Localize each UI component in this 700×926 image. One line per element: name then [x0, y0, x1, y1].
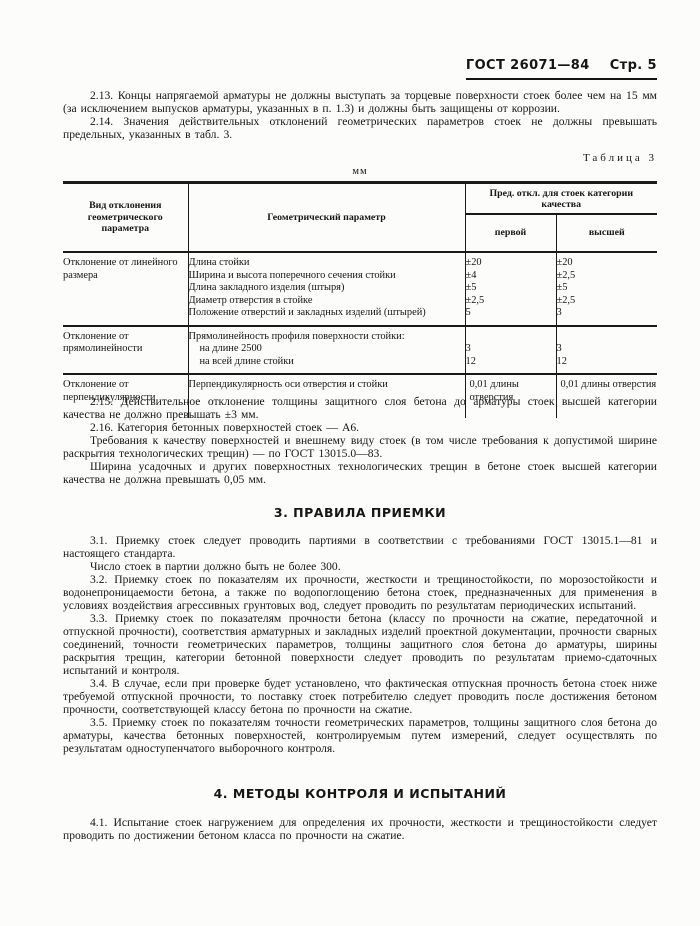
table-header-highest-category: высшей — [556, 214, 657, 252]
paragraph-3-3: 3.3. Приемку стоек по показателям прочно… — [63, 612, 657, 677]
deviation-limits-table: Вид отклонения геометрического параметра… — [63, 181, 657, 418]
value-line: 12 — [557, 356, 658, 369]
value-line — [557, 331, 658, 344]
value-line: ±5 — [557, 282, 658, 295]
value-line: 3 — [557, 307, 658, 320]
param-line: Перпендикулярность оси отверстия и стойк… — [189, 379, 465, 392]
value-line: 0,01 длины отверстия — [561, 379, 658, 392]
paragraph-2-16: 2.16. Категория бетонных поверхностей ст… — [63, 421, 657, 434]
value-line: 3 — [557, 343, 658, 356]
row-parameters: Длина стойки Ширина и высота поперечного… — [188, 252, 465, 326]
value-line: ±2,5 — [557, 270, 658, 283]
paragraph-block-2-13: 2.13. Концы напрягаемой арматуры не долж… — [63, 89, 657, 141]
table-row-linear: Отклонение от линейного размера Длина ст… — [63, 252, 657, 326]
paragraph-block-4: 4.1. Испытание стоек нагружением для опр… — [63, 816, 657, 842]
row-kind-label: Отклонение от прямолинейности — [63, 326, 188, 375]
param-line: Положение отверстий и закладных изделий … — [189, 307, 465, 320]
param-line: на всей длине стойки — [189, 356, 465, 369]
table-header-first-category: первой — [465, 214, 556, 252]
param-line: Длина закладного изделия (штыря) — [189, 282, 465, 295]
param-line: Ширина и высота поперечного сечения стой… — [189, 270, 465, 283]
paragraph-3-4: 3.4. В случае, если при проверке будет у… — [63, 677, 657, 716]
value-line — [466, 331, 556, 344]
param-line: Длина стойки — [189, 257, 465, 270]
paragraph-3-1a: Число стоек в партии должно быть не боле… — [63, 560, 657, 573]
table-caption: Таблица 3 — [63, 152, 657, 164]
param-line: Прямолинейность профиля поверхности стой… — [189, 331, 465, 344]
paragraph-3-2: 3.2. Приемку стоек по показателям их про… — [63, 573, 657, 612]
table-header-parameter: Геометрический параметр — [188, 183, 465, 253]
table-row-straightness: Отклонение от прямолинейности Прямолиней… — [63, 326, 657, 375]
value-line: ±20 — [466, 257, 556, 270]
paragraph-2-15: 2.15. Действительное отклонение толщины … — [63, 395, 657, 421]
paragraph-2-16b: Ширина усадочных и других поверхностных … — [63, 460, 657, 486]
document-page: ГОСТ 26071—84Стр. 5 2.13. Концы напрягае… — [0, 0, 700, 926]
value-line: ±2,5 — [466, 295, 556, 308]
row-values-first: 3 12 — [465, 326, 556, 375]
paragraph-4-1: 4.1. Испытание стоек нагружением для опр… — [63, 816, 657, 842]
row-values-highest: ±20 ±2,5 ±5 ±2,5 3 — [556, 252, 657, 326]
value-line: ±2,5 — [557, 295, 658, 308]
paragraph-2-13: 2.13. Концы напрягаемой арматуры не долж… — [63, 89, 657, 115]
paragraph-2-14: 2.14. Значения действительных отклонений… — [63, 115, 657, 141]
table-header-limits-span: Пред. откл. для стоек категории качества — [465, 183, 657, 215]
paragraph-block-3: 3.1. Приемку стоек следует проводить пар… — [63, 534, 657, 755]
paragraph-3-1: 3.1. Приемку стоек следует проводить пар… — [63, 534, 657, 560]
value-line: 3 — [466, 343, 556, 356]
value-line: 12 — [466, 356, 556, 369]
section-4-heading: 4. МЕТОДЫ КОНТРОЛЯ И ИСПЫТАНИЙ — [63, 786, 657, 801]
row-parameters: Прямолинейность профиля поверхности стой… — [188, 326, 465, 375]
doc-number: ГОСТ 26071—84 — [466, 58, 590, 73]
paragraph-block-2-15: 2.15. Действительное отклонение толщины … — [63, 395, 657, 486]
section-3-heading: 3. ПРАВИЛА ПРИЕМКИ — [63, 505, 657, 520]
page-header-rule: ГОСТ 26071—84Стр. 5 — [466, 58, 657, 80]
value-line: ±5 — [466, 282, 556, 295]
value-line: ±4 — [466, 270, 556, 283]
value-line: ±20 — [557, 257, 658, 270]
row-values-highest: 3 12 — [556, 326, 657, 375]
page-header: ГОСТ 26071—84Стр. 5 — [63, 56, 657, 80]
row-values-first: ±20 ±4 ±5 ±2,5 5 — [465, 252, 556, 326]
row-kind-label: Отклонение от линейного размера — [63, 252, 188, 326]
table-header-kind: Вид отклонения геометрического параметра — [63, 183, 188, 253]
paragraph-2-16a: Требования к качеству поверхностей и вне… — [63, 434, 657, 460]
value-line: 5 — [466, 307, 556, 320]
paragraph-3-5: 3.5. Приемку стоек по показателям точнос… — [63, 716, 657, 755]
page-number-label: Стр. 5 — [610, 58, 657, 73]
param-line: Диаметр отверстия в стойке — [189, 295, 465, 308]
table-units-label: мм — [63, 166, 657, 177]
param-line: на длине 2500 — [189, 343, 465, 356]
